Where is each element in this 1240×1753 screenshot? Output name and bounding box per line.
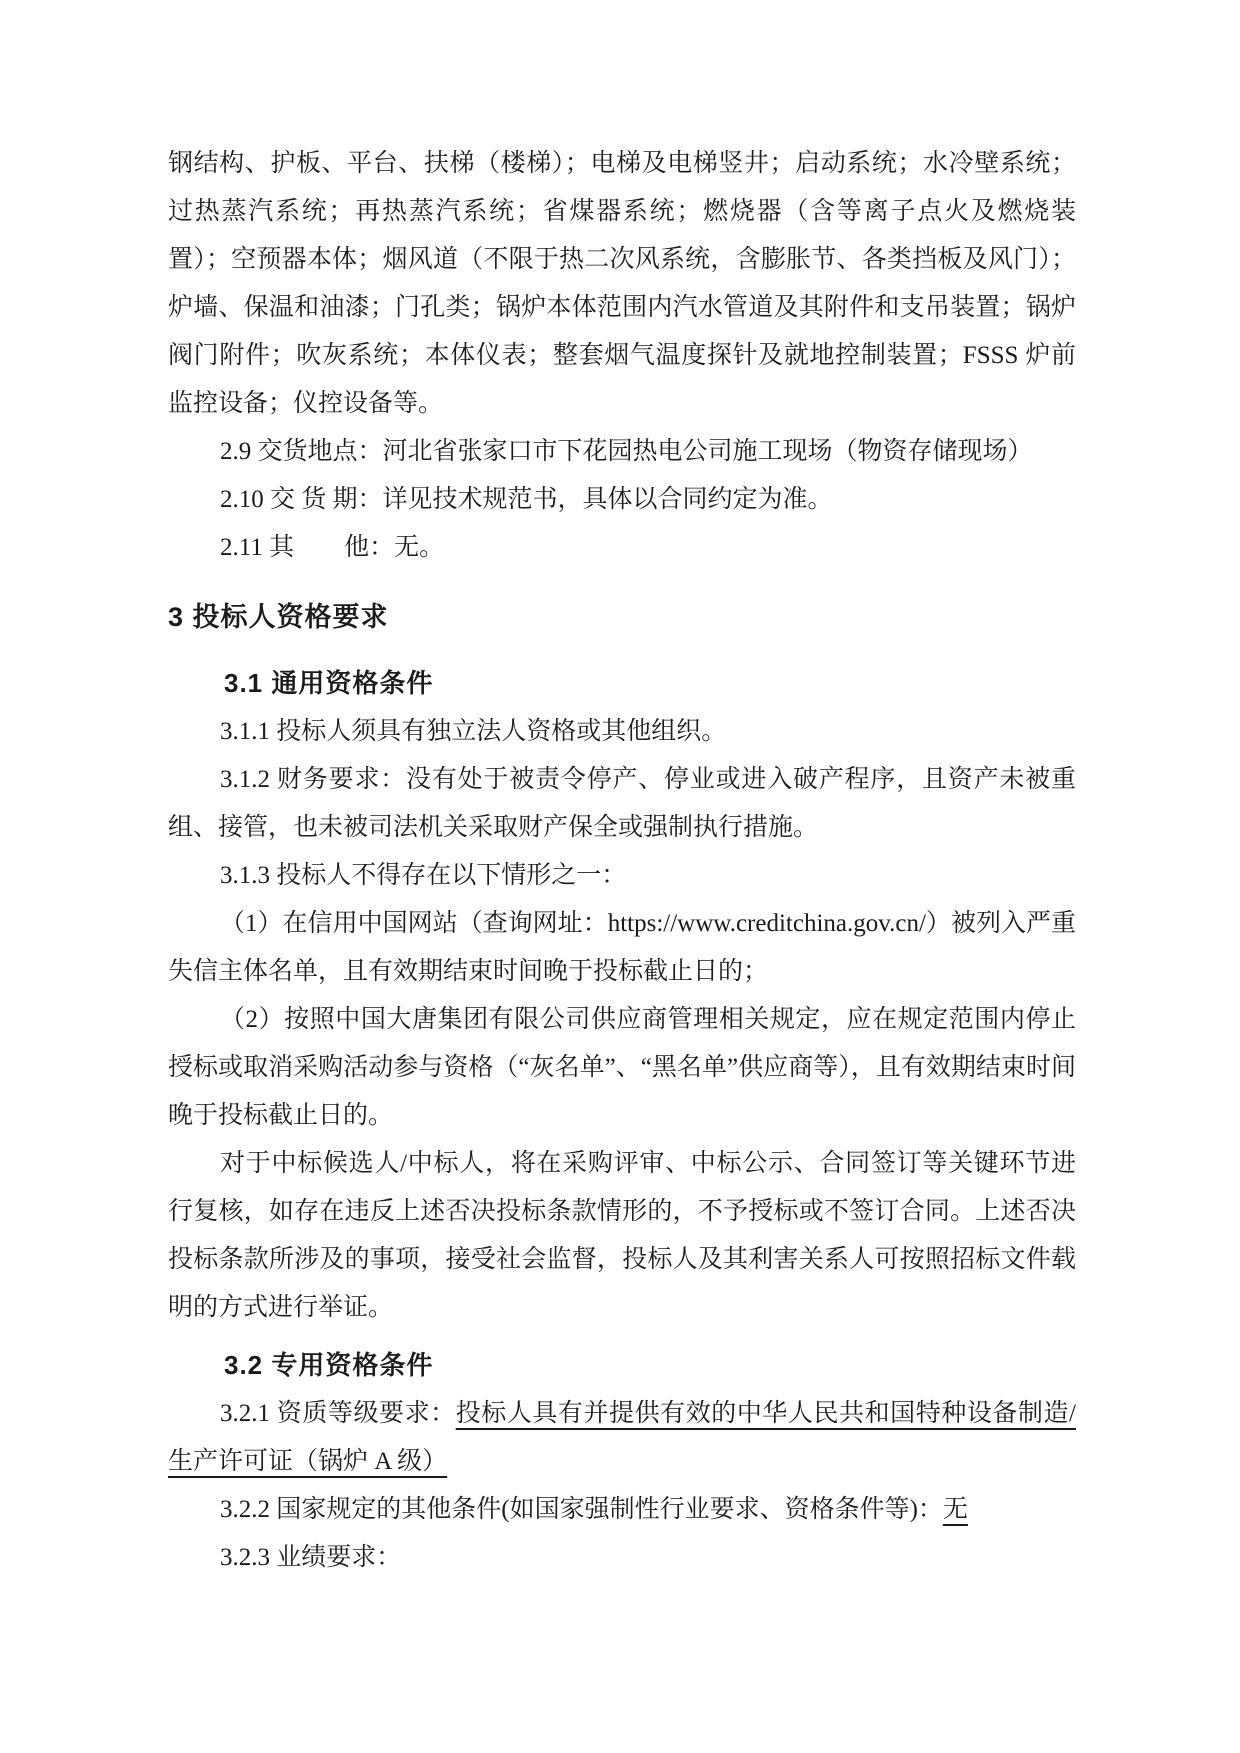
item-3-1-3-prohibited-situations: 3.1.3 投标人不得存在以下情形之一： bbox=[168, 852, 1076, 900]
document-page: 钢结构、护板、平台、扶梯（楼梯）；电梯及电梯竖井；启动系统；水冷壁系统；过热蒸汽… bbox=[0, 0, 1240, 1753]
heading-bidder-qualification-requirements: 3 投标人资格要求 bbox=[168, 592, 1076, 642]
item-3-1-3-sub1-creditchina: （1）在信用中国网站（查询网址：https://www.creditchina.… bbox=[168, 900, 1076, 996]
item-3-1-1-legal-person: 3.1.1 投标人须具有独立法人资格或其他组织。 bbox=[168, 708, 1076, 756]
item-3-2-2-other-national-conditions: 3.2.2 国家规定的其他条件(如国家强制性行业要求、资格条件等)：无 bbox=[168, 1486, 1076, 1534]
document-content: 钢结构、护板、平台、扶梯（楼梯）；电梯及电梯竖井；启动系统；水冷壁系统；过热蒸汽… bbox=[168, 140, 1076, 1582]
item-3-2-2-label: 3.2.2 国家规定的其他条件(如国家强制性行业要求、资格条件等)： bbox=[220, 1496, 943, 1523]
item-3-1-3-sub2-datang-supplier-rules: （2）按照中国大唐集团有限公司供应商管理相关规定，应在规定范围内停止授标或取消采… bbox=[168, 996, 1076, 1140]
para-winner-review: 对于中标候选人/中标人，将在采购评审、中标公示、合同签订等关键环节进行复核，如存… bbox=[168, 1140, 1076, 1332]
item-2-9-delivery-place: 2.9 交货地点：河北省张家口市下花园热电公司施工现场（物资存储现场） bbox=[168, 428, 1076, 476]
item-3-2-1-qualification-grade: 3.2.1 资质等级要求：投标人具有并提供有效的中华人民共和国特种设备制造/生产… bbox=[168, 1390, 1076, 1486]
item-3-2-3-performance-requirement: 3.2.3 业绩要求： bbox=[168, 1534, 1076, 1582]
item-2-10-delivery-date: 2.10 交 货 期：详见技术规范书，具体以合同约定为准。 bbox=[168, 476, 1076, 524]
item-3-2-2-value-underlined: 无 bbox=[943, 1496, 968, 1523]
heading-special-qualification-conditions: 3.2 专用资格条件 bbox=[168, 1340, 1076, 1390]
item-2-11-other: 2.11 其 他：无。 bbox=[168, 524, 1076, 572]
para-equipment-scope: 钢结构、护板、平台、扶梯（楼梯）；电梯及电梯竖井；启动系统；水冷壁系统；过热蒸汽… bbox=[168, 140, 1076, 428]
item-3-2-1-label: 3.2.1 资质等级要求： bbox=[220, 1400, 456, 1427]
heading-general-qualification-conditions: 3.1 通用资格条件 bbox=[168, 658, 1076, 708]
item-3-1-2-financial-requirement: 3.1.2 财务要求：没有处于被责令停产、停业或进入破产程序，且资产未被重组、接… bbox=[168, 756, 1076, 852]
